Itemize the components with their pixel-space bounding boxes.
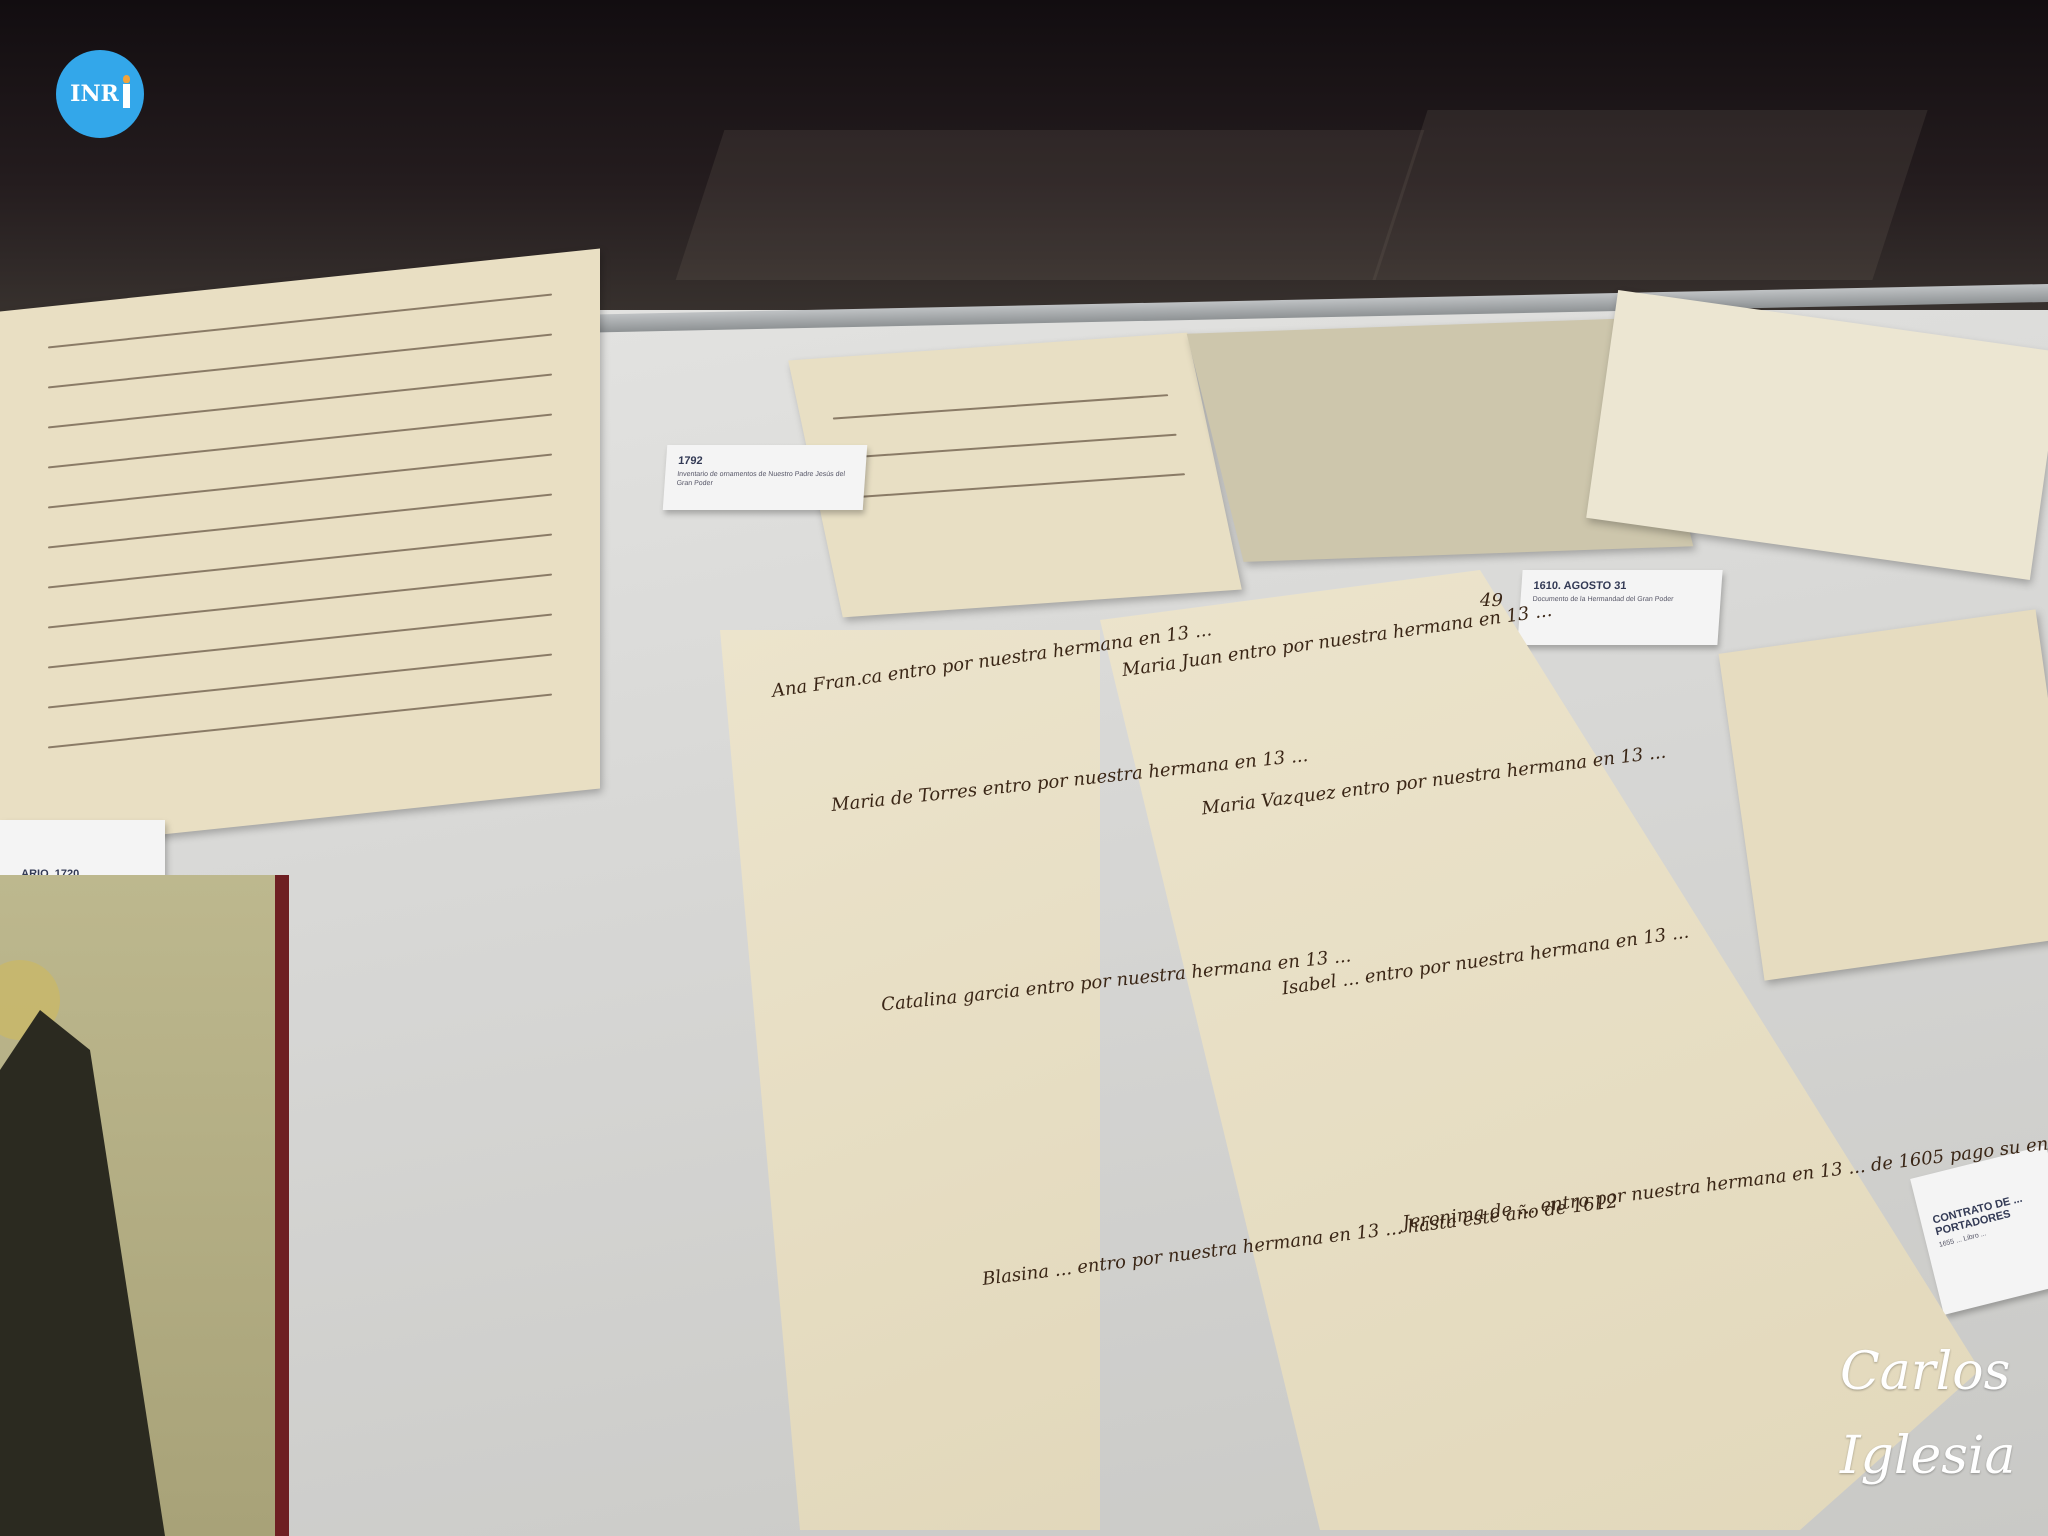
label-desc: Inventario de ornamentos de Nuestro Padr… [676,470,853,488]
museum-display-case-photo: 1792 Inventario de ornamentos de Nuestro… [0,0,2048,1536]
logo-text: INR [70,81,119,107]
manuscript-left [0,248,600,851]
label-card-1792: 1792 Inventario de ornamentos de Nuestro… [663,445,868,510]
photographer-watermark: Carlos Iglesia [1840,1330,2016,1498]
label-title: 1792 [678,455,855,467]
glass-reflection [1372,110,1927,280]
open-ledger: 49 Ana Fran.ca entro por nuestra hermana… [680,570,1980,1530]
candle-icon [123,84,130,108]
ledger-left-page [680,630,1100,1530]
inri-logo: INR [56,50,144,138]
flame-icon [123,75,130,83]
watermark-line2: Iglesia [1840,1414,2016,1498]
watermark-line1: Carlos [1840,1330,2016,1414]
glass-reflection [676,130,1425,280]
